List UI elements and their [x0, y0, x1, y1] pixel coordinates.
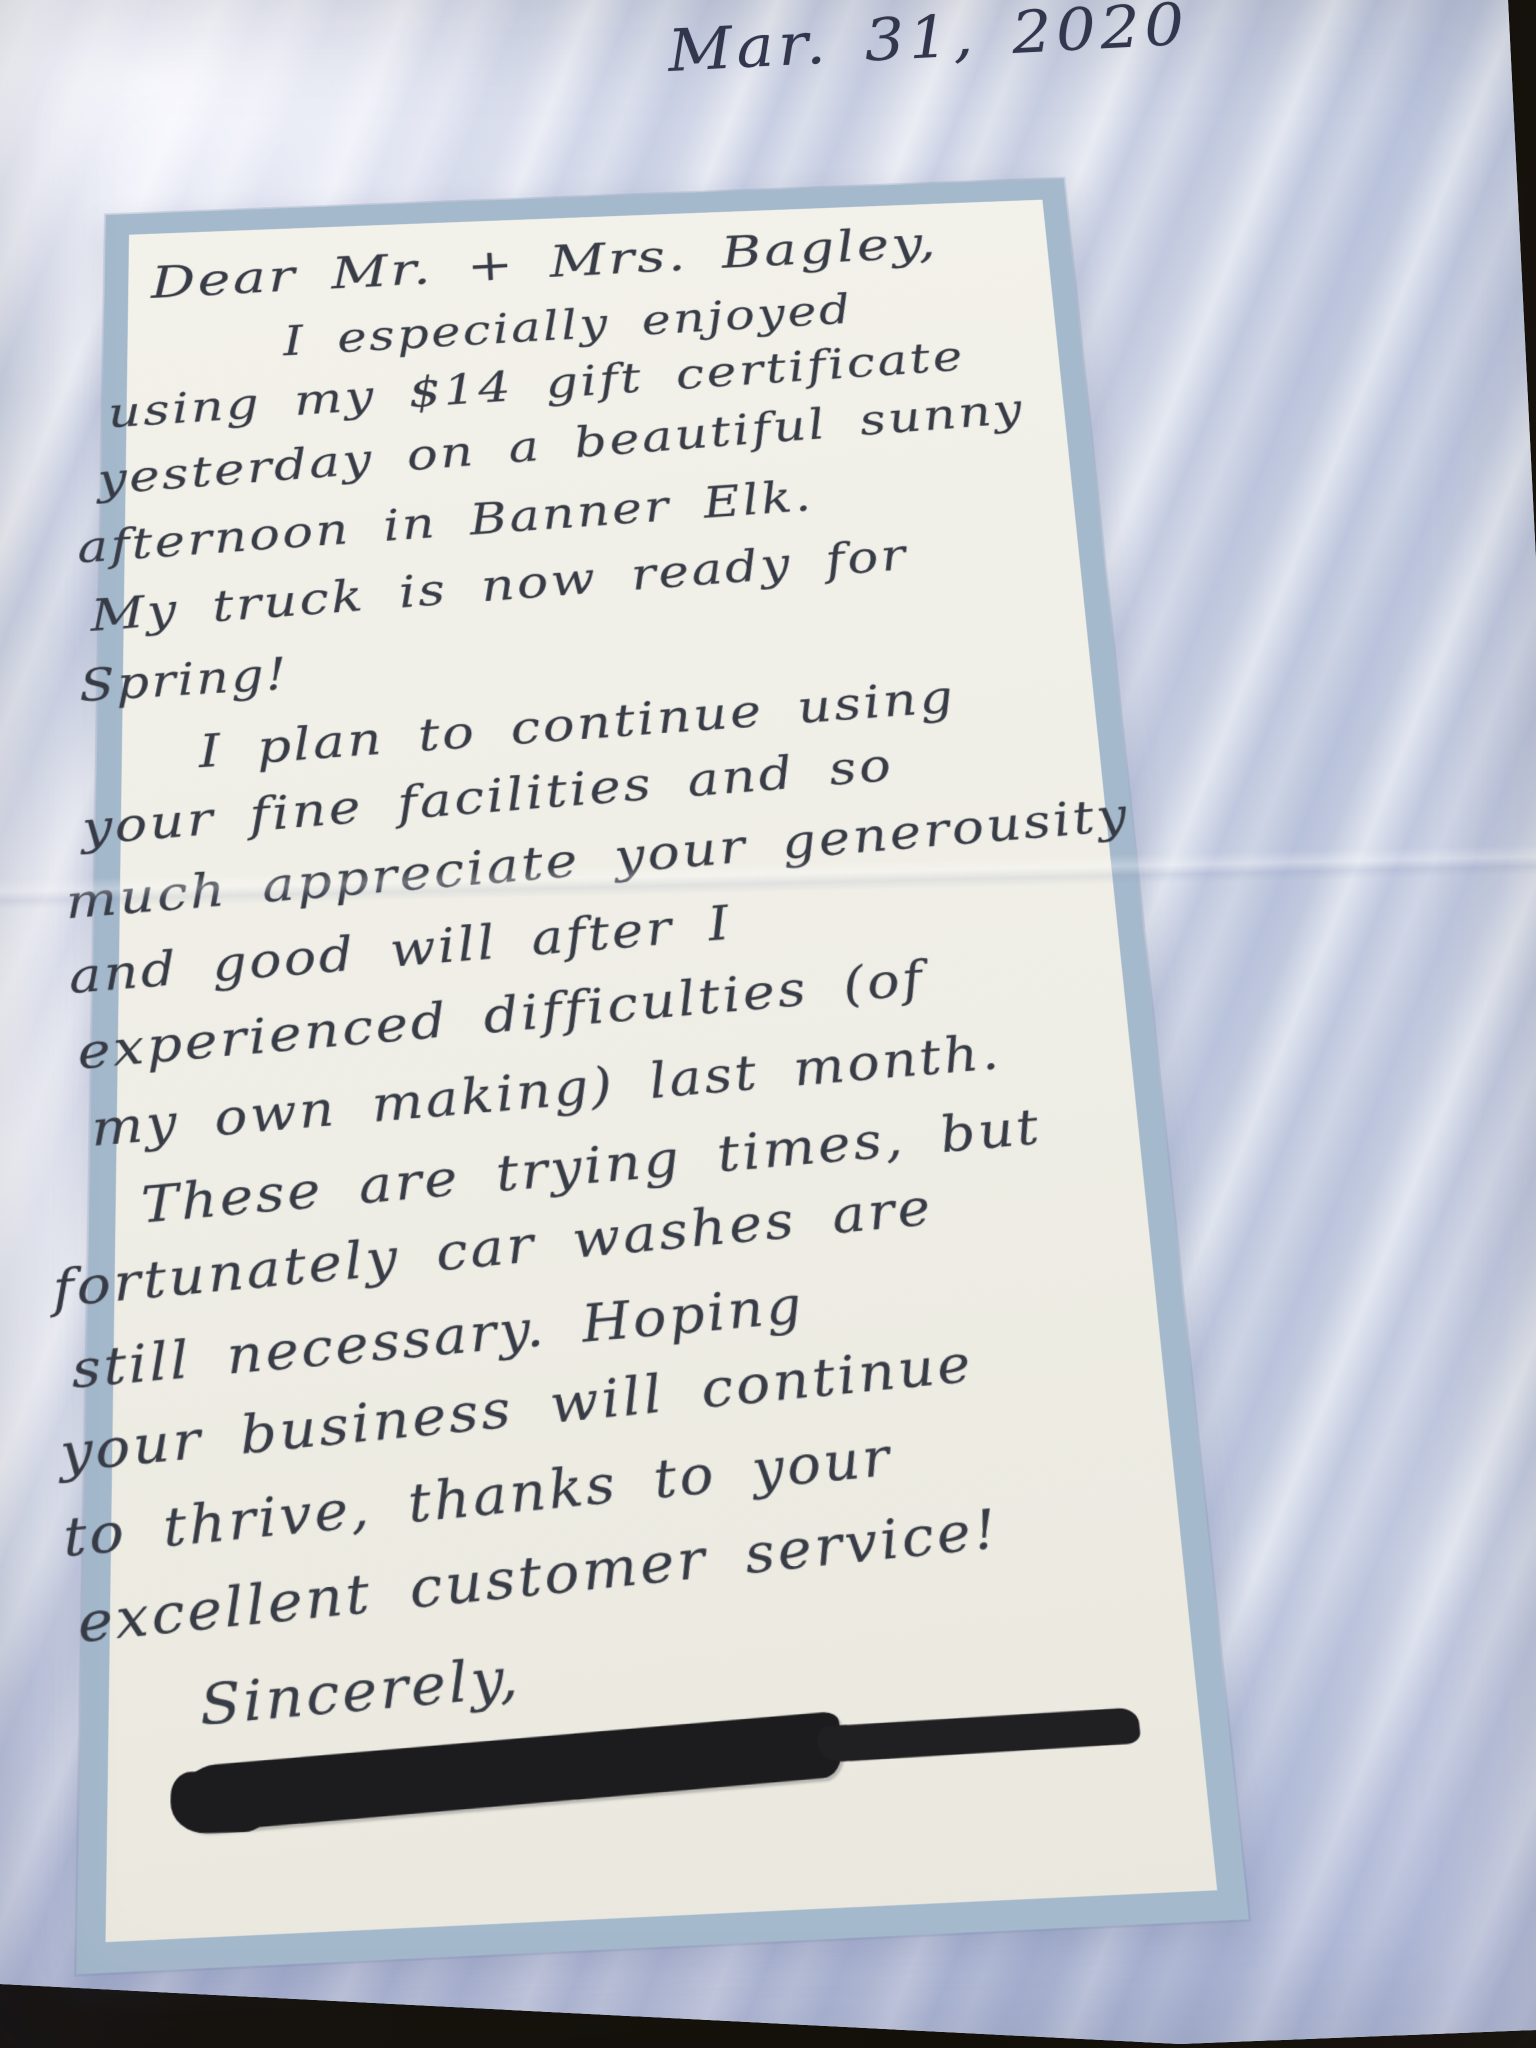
letter-body: Dear Mr. + Mrs. Bagley, I especially enj…	[107, 200, 1207, 1838]
letter-panel: Dear Mr. + Mrs. Bagley, I especially enj…	[76, 178, 1248, 1974]
letter-photo: Mar. 31, 2020 Dear Mr. + Mrs. Bagley, I …	[0, 0, 1536, 2048]
